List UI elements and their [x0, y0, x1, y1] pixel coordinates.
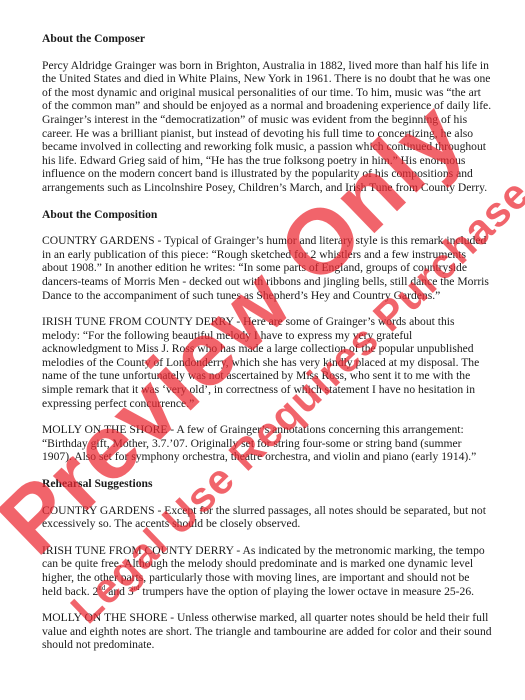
paragraph-rehearsal-irish-tune: IRISH TUNE FROM COUNTY DERRY - As indica… [42, 544, 492, 598]
heading-about-composer: About the Composer [42, 32, 492, 46]
paragraph-irish-tune: IRISH TUNE FROM COUNTY DERRY - Here are … [42, 315, 492, 410]
heading-about-composition: About the Composition [42, 208, 492, 222]
document-page: About the Composer Percy Aldridge Graing… [42, 0, 492, 652]
paragraph-rehearsal-molly: MOLLY ON THE SHORE - Unless otherwise ma… [42, 611, 492, 652]
text-segment: trumpers have the option of playing the … [140, 585, 475, 598]
heading-rehearsal-suggestions: Rehearsal Suggestions [42, 477, 492, 491]
text-segment: and 3 [105, 585, 133, 598]
paragraph-country-gardens: COUNTRY GARDENS - Typical of Grainger’s … [42, 234, 492, 302]
paragraph-molly-on-the-shore: MOLLY ON THE SHORE - A few of Grainger’s… [42, 423, 492, 464]
paragraph-composer-bio: Percy Aldridge Grainger was born in Brig… [42, 59, 492, 195]
paragraph-rehearsal-country-gardens: COUNTRY GARDENS - Except for the slurred… [42, 504, 492, 531]
